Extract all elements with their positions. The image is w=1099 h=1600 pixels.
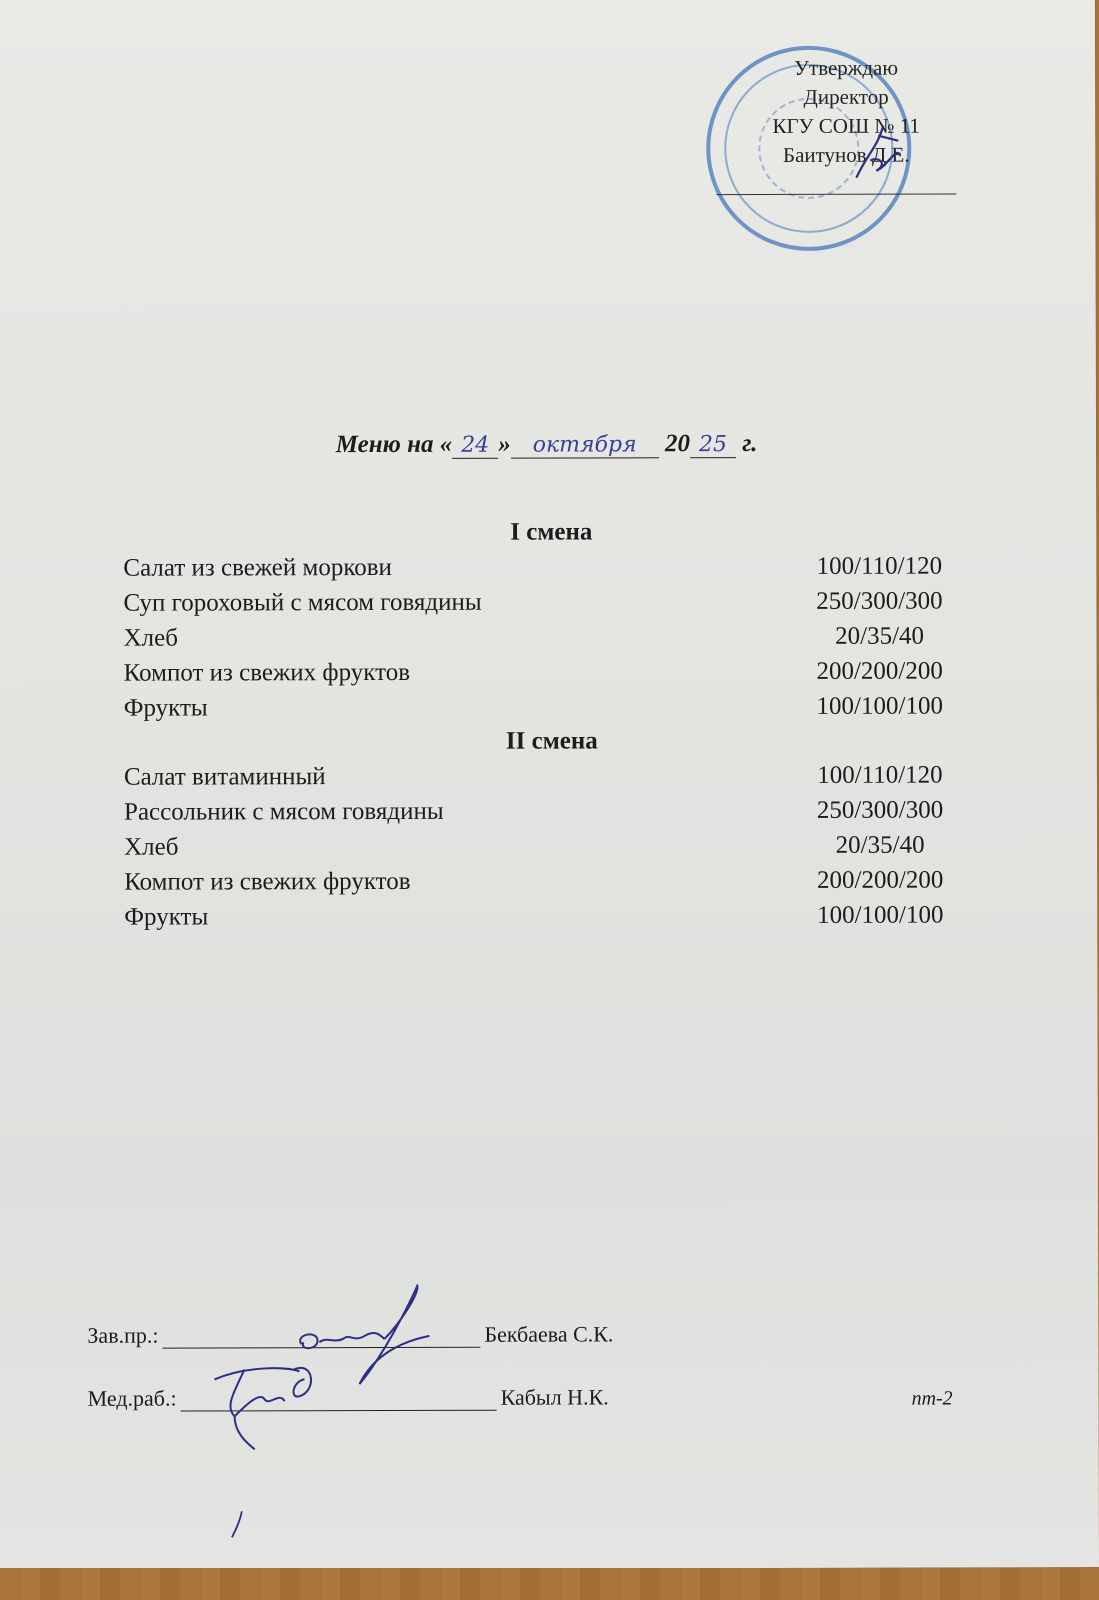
portion: 250/300/300 — [800, 792, 960, 827]
wooden-table — [0, 1568, 1099, 1600]
portion: 100/110/120 — [799, 548, 959, 583]
ink-mark-icon — [228, 1509, 248, 1539]
dish-name: Компот из свежих фруктов — [124, 655, 410, 691]
dish-name: Компот из свежих фруктов — [124, 864, 410, 900]
shift-title: II смена — [124, 723, 960, 759]
portion: 250/300/300 — [799, 583, 959, 618]
menu-item: Фрукты100/100/100 — [124, 897, 960, 934]
portion: 100/100/100 — [800, 897, 960, 932]
handwritten-month: октября — [511, 432, 659, 458]
portion: 200/200/200 — [800, 653, 960, 688]
medic-signature-icon — [204, 1361, 324, 1451]
dish-name: Фрукты — [124, 899, 208, 934]
portion: 100/110/120 — [800, 757, 960, 792]
approval-line: Директор — [736, 82, 956, 112]
approval-line: КГУ СОШ № 11 — [736, 111, 956, 141]
menu-list: I смена Салат из свежей моркови100/110/1… — [123, 514, 960, 934]
portion: 20/35/40 — [800, 827, 960, 862]
menu-item: Салат витаминный100/110/120 — [124, 757, 960, 794]
portion: 100/100/100 — [800, 688, 960, 723]
dish-name: Хлеб — [124, 621, 178, 656]
dish-name: Хлеб — [124, 830, 178, 865]
shift-title: I смена — [123, 514, 959, 550]
signature-name: Бекбаева С.К. — [484, 1321, 613, 1347]
handwritten-year: 25 — [690, 432, 736, 458]
menu-document: Утверждаю Директор КГУ СОШ № 11 Баитунов… — [0, 0, 1099, 1570]
document-code: пт-2 — [912, 1388, 953, 1411]
page-title: Меню на «24»октября 2025 г. — [0, 429, 1096, 460]
approval-line: Утверждаю — [736, 53, 956, 83]
signature-name: Кабыл Н.К. — [501, 1384, 609, 1410]
menu-item: Компот из свежих фруктов200/200/200 — [124, 862, 960, 899]
signature-role: Мед.раб.: — [88, 1386, 177, 1412]
menu-item: Хлеб20/35/40 — [124, 827, 960, 864]
dish-name: Фрукты — [124, 690, 208, 725]
menu-item: Хлеб20/35/40 — [124, 618, 960, 655]
menu-item: Суп гороховый с мясом говядины250/300/30… — [123, 583, 959, 620]
signature-row-medic: Мед.раб.: Кабыл Н.К. — [88, 1383, 609, 1411]
portion: 200/200/200 — [800, 862, 960, 897]
dish-name: Рассольник с мясом говядины — [124, 794, 444, 830]
signature-role: Зав.пр.: — [87, 1323, 158, 1349]
menu-item: Фрукты100/100/100 — [124, 688, 960, 725]
dish-name: Салат из свежей моркови — [123, 550, 392, 586]
handwritten-day: 24 — [452, 433, 498, 459]
portion: 20/35/40 — [800, 618, 960, 653]
approval-block: Утверждаю Директор КГУ СОШ № 11 Баитунов… — [736, 53, 956, 170]
menu-item: Рассольник с мясом говядины250/300/300 — [124, 792, 960, 829]
director-signature-icon — [848, 116, 908, 186]
dish-name: Суп гороховый с мясом говядины — [123, 585, 481, 621]
menu-item: Компот из свежих фруктов200/200/200 — [124, 653, 960, 690]
approval-line: Баитунов Д.Е. — [736, 140, 956, 170]
menu-item: Салат из свежей моркови100/110/120 — [123, 548, 959, 585]
dish-name: Салат витаминный — [124, 759, 326, 795]
